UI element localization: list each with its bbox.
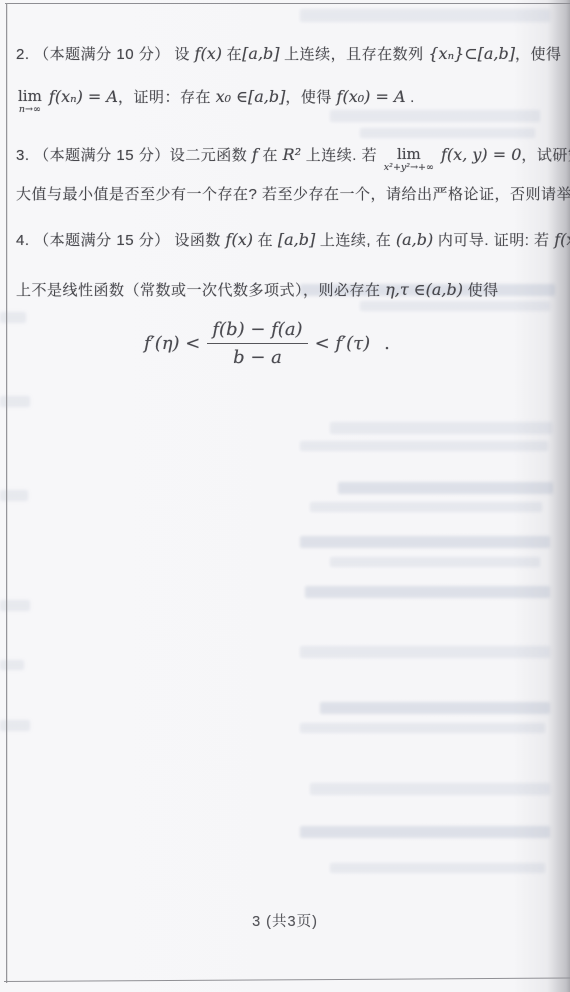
- page-border-left: [6, 3, 7, 983]
- problem-3-line-2: 大值与最小值是否至少有一个存在? 若至少存在一个，请给出严格论证，否则请举例说明…: [16, 185, 562, 205]
- problem-3-line-1: 3. （本题满分 15 分）设二元函数 f 在 R² 上连续. 若 limx²+…: [16, 145, 562, 173]
- problem-4-line-1: 4. （本题满分 15 分） 设函数 f(x) 在 [a,b] 上连续, 在 (…: [16, 230, 562, 251]
- problem-2-line-2: limn→∞ f(xₙ) = A，证明：存在 x₀ ∈[a,b]，使得 f(x₀…: [16, 87, 562, 115]
- exam-page-content: 2. （本题满分 10 分） 设 f(x) 在[a,b] 上连续，且存在数列 {…: [16, 0, 562, 368]
- problem-4-line-2: 上不是线性函数（常数或一次代数多项式），则必存在 η,τ ∈(a,b) 使得: [16, 280, 562, 301]
- problem-2-line-1: 2. （本题满分 10 分） 设 f(x) 在[a,b] 上连续，且存在数列 {…: [16, 44, 562, 65]
- fraction-denominator: b − a: [207, 344, 307, 368]
- formula-fraction: f(b) − f(a) b − a: [207, 319, 307, 368]
- fraction-numerator: f(b) − f(a): [207, 319, 307, 344]
- formula-right-side: < f′(τ): [315, 333, 371, 354]
- page-number: 3 (共3页): [0, 910, 570, 931]
- formula-left-side: f′(η) <: [144, 333, 200, 354]
- problem-4-display-formula: f′(η) < f(b) − f(a) b − a < f′(τ) .: [144, 319, 562, 368]
- formula-period: .: [384, 333, 390, 354]
